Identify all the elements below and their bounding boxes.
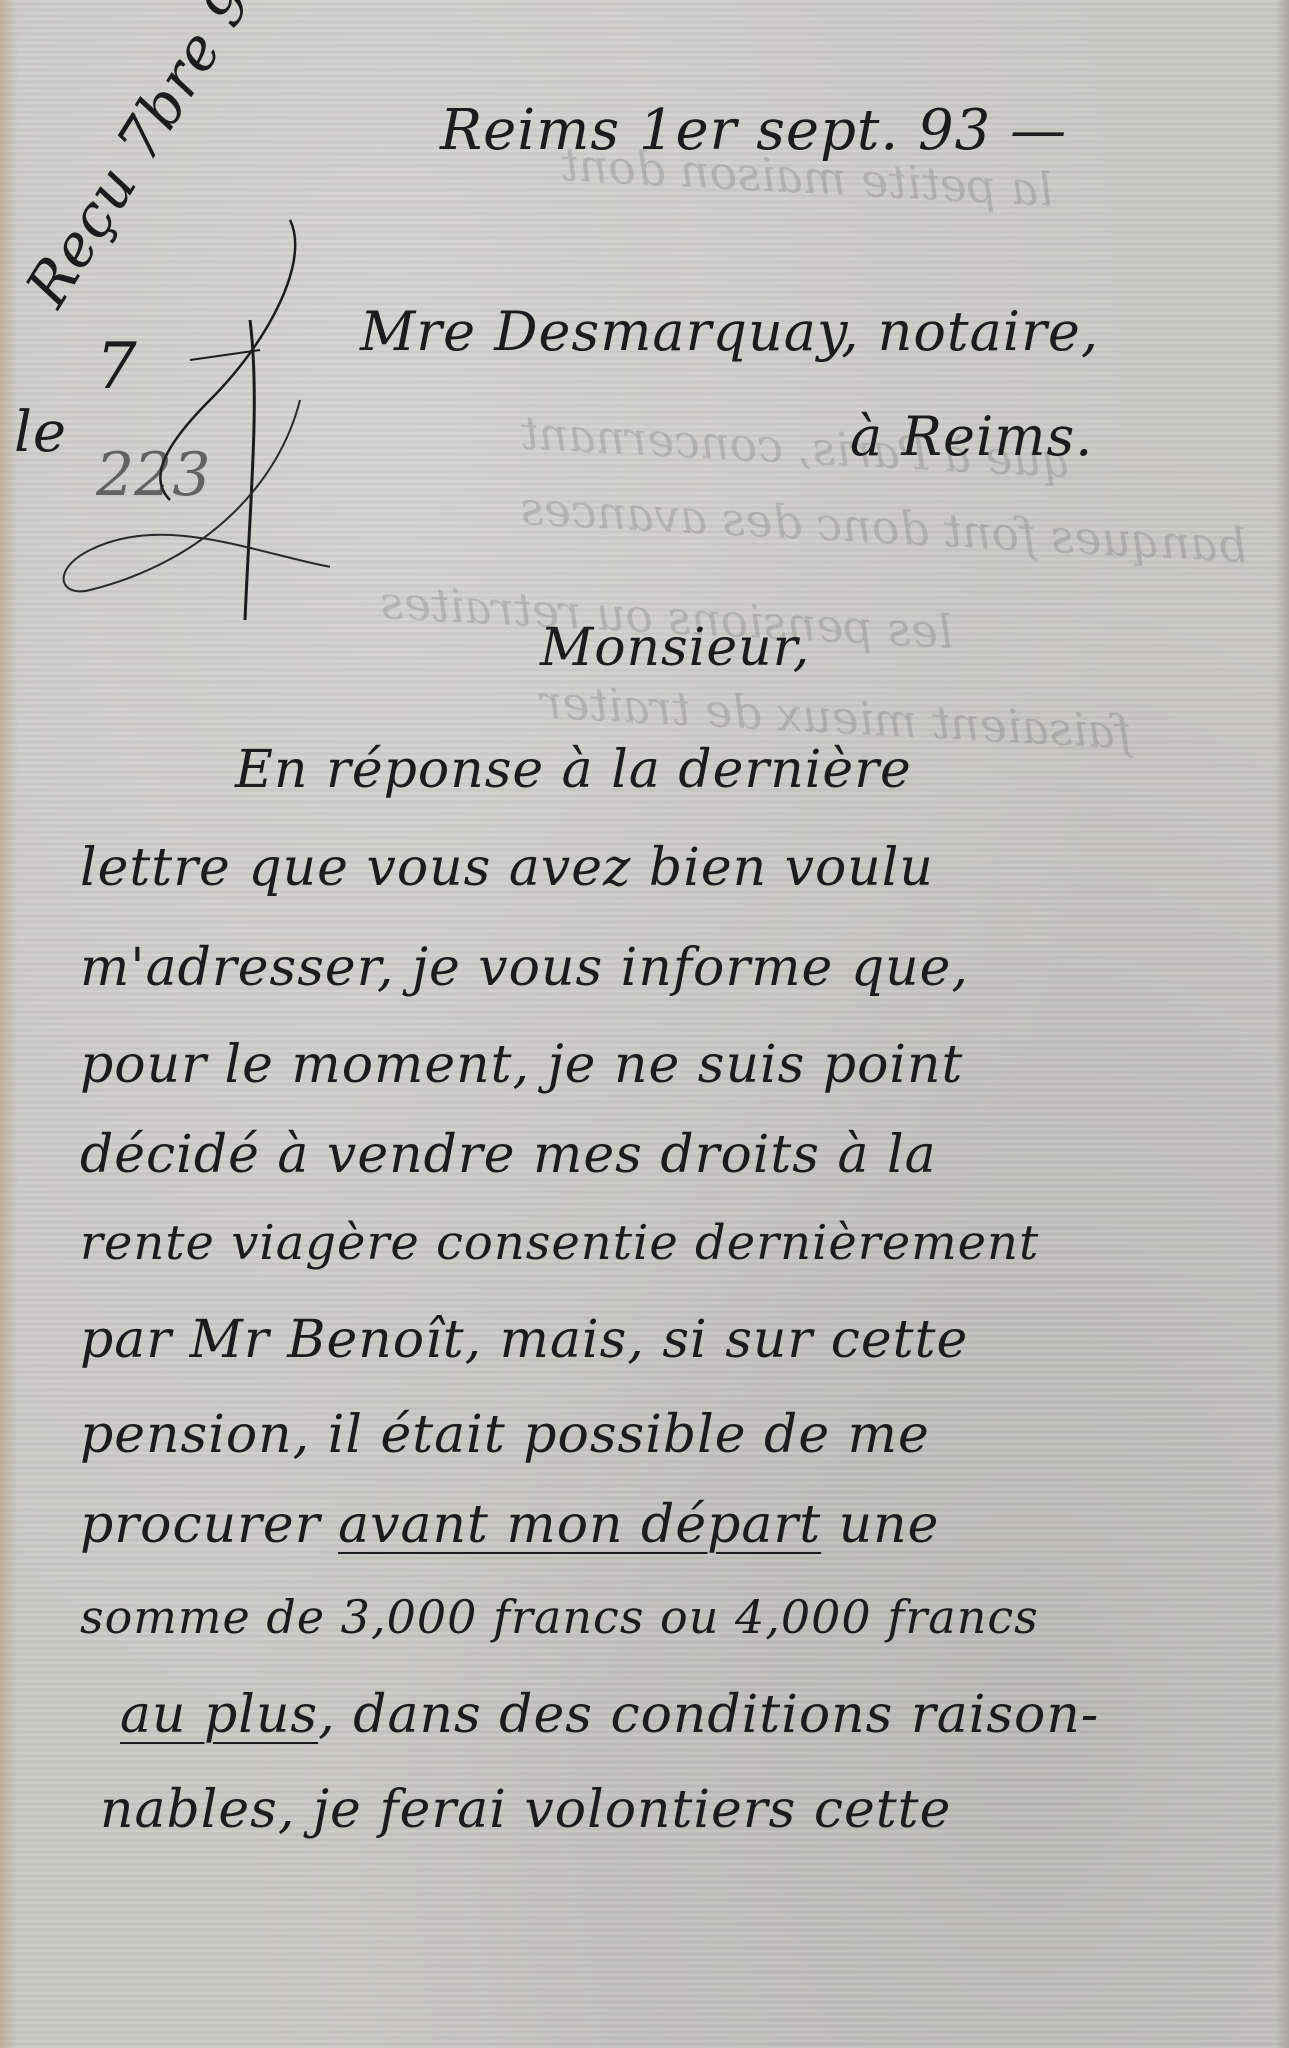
salutation: Monsieur, bbox=[540, 618, 810, 678]
body-line: pension, il était possible de me bbox=[80, 1405, 930, 1465]
received-day-prefix: le bbox=[14, 400, 67, 465]
recipient-city: à Reims. bbox=[850, 405, 1093, 468]
body-line: par Mr Benoît, mais, si sur cette bbox=[80, 1310, 968, 1370]
place-date: Reims 1er sept. 93 — bbox=[440, 98, 1067, 163]
body-line: pour le moment, je ne suis point bbox=[80, 1035, 963, 1095]
archive-number: 223 bbox=[96, 440, 211, 510]
recipient-name: Mre Desmarquay, notaire, bbox=[360, 300, 1099, 363]
received-day: 7 bbox=[96, 330, 138, 404]
body-line: En réponse à la dernière bbox=[235, 740, 912, 800]
letter-sheet: la petite maison dont que à Paris, conce… bbox=[0, 0, 1289, 2048]
body-text: , dans des conditions raison- bbox=[318, 1685, 1099, 1745]
paper-edge-stain bbox=[0, 0, 18, 2048]
body-line-emphasis: au plus, dans des conditions raison- bbox=[120, 1685, 1099, 1745]
paper-edge bbox=[1275, 0, 1289, 2048]
body-line-emphasis: procurer avant mon départ une bbox=[80, 1495, 939, 1555]
body-line: rente viagère consentie dernièrement bbox=[80, 1215, 1039, 1271]
received-month-year: 7bre 93, bbox=[103, 0, 296, 173]
body-line: décidé à vendre mes droits à la bbox=[80, 1125, 937, 1185]
body-line: lettre que vous avez bien voulu bbox=[80, 838, 934, 898]
body-text: une bbox=[821, 1495, 939, 1555]
bleed-through-text: banques font donc des avances bbox=[519, 481, 1248, 573]
underlined-text: au plus bbox=[120, 1685, 318, 1745]
body-line: somme de 3,000 francs ou 4,000 francs bbox=[80, 1590, 1039, 1644]
body-text: procurer bbox=[80, 1495, 338, 1555]
underlined-text: avant mon départ bbox=[338, 1495, 821, 1555]
body-line: m'adresser, je vous informe que, bbox=[80, 938, 969, 998]
body-line: nables, je ferai volontiers cette bbox=[100, 1780, 951, 1840]
